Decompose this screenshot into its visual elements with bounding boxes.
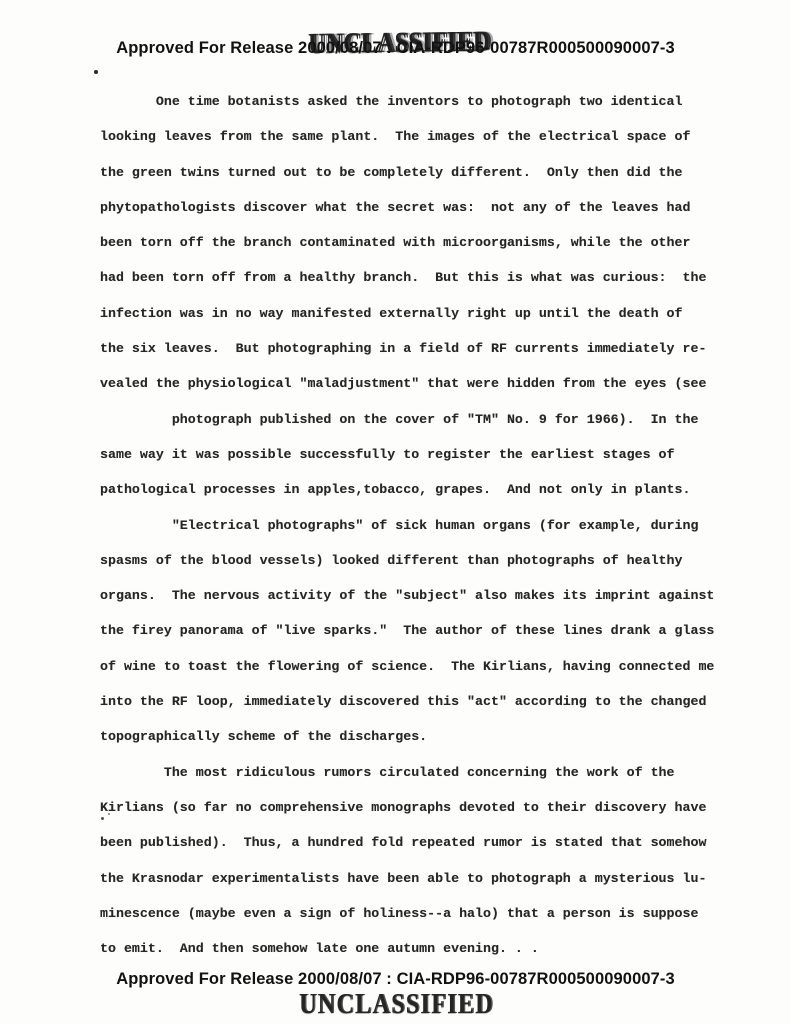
- scan-artifact-mark: [101, 817, 104, 820]
- footer-release-line: Approved For Release 2000/08/07 : CIA-RD…: [0, 970, 791, 989]
- text-line: into the RF loop, immediately discovered…: [100, 684, 740, 719]
- text-line: of wine to toast the flowering of scienc…: [100, 649, 740, 684]
- text-line: spasms of the blood vessels) looked diff…: [100, 543, 740, 578]
- text-line: been published). Thus, a hundred fold re…: [100, 825, 740, 860]
- text-line: photograph published on the cover of "TM…: [100, 402, 740, 437]
- text-line: Kirlians (so far no comprehensive monogr…: [100, 790, 740, 825]
- text-line: the firey panorama of "live sparks." The…: [100, 613, 740, 648]
- unclassified-stamp-top: UNCLASSIFIED: [308, 26, 491, 61]
- text-line: organs. The nervous activity of the "sub…: [100, 578, 740, 613]
- text-line: the Krasnodar experimentalists have been…: [100, 861, 740, 896]
- text-line: minescence (maybe even a sign of holines…: [100, 896, 740, 931]
- text-line: topographically scheme of the discharges…: [100, 719, 740, 754]
- text-line: the green twins turned out to be complet…: [100, 155, 740, 190]
- text-line: the six leaves. But photographing in a f…: [100, 331, 740, 366]
- text-line: pathological processes in apples,tobacco…: [100, 472, 740, 507]
- typewritten-body: One time botanists asked the inventors t…: [100, 84, 740, 966]
- text-line: One time botanists asked the inventors t…: [100, 84, 740, 119]
- text-line: looking leaves from the same plant. The …: [100, 119, 740, 154]
- text-line: The most ridiculous rumors circulated co…: [100, 755, 740, 790]
- text-line: been torn off the branch contaminated wi…: [100, 225, 740, 260]
- text-line: vealed the physiological "maladjustment"…: [100, 366, 740, 401]
- document-page: Approved For Release 2000/08/07 : CIA-RD…: [0, 0, 791, 1024]
- unclassified-stamp-bottom: UNCLASSIFIED: [299, 989, 494, 1021]
- text-line: same way it was possible successfully to…: [100, 437, 740, 472]
- text-line: had been torn off from a healthy branch.…: [100, 260, 740, 295]
- text-line: infection was in no way manifested exter…: [100, 296, 740, 331]
- scan-artifact-mark: [108, 813, 110, 815]
- text-line: to emit. And then somehow late one autum…: [100, 931, 740, 966]
- text-line: phytopathologists discover what the secr…: [100, 190, 740, 225]
- text-line: "Electrical photographs" of sick human o…: [100, 508, 740, 543]
- scan-artifact-dot: [94, 70, 98, 74]
